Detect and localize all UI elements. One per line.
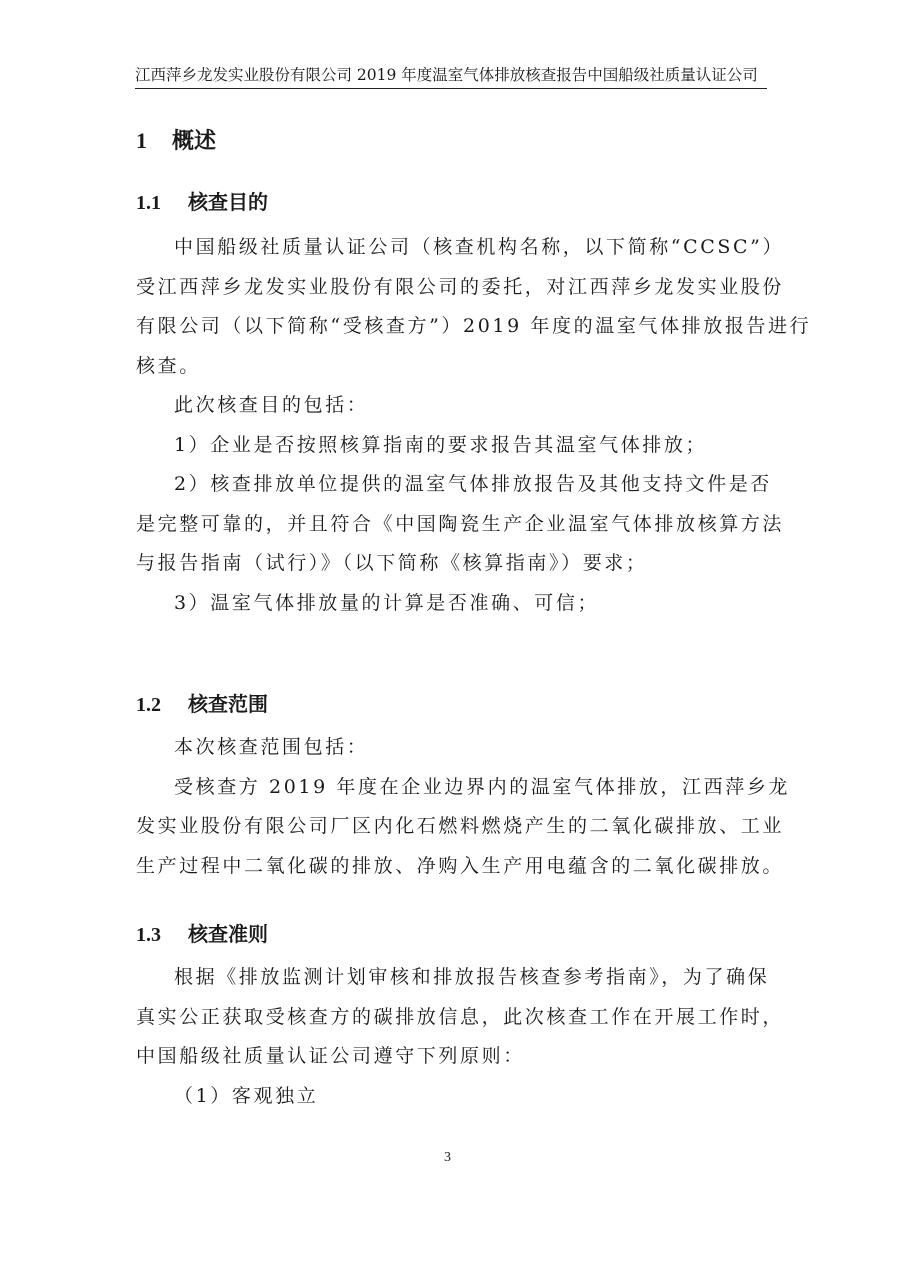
text-line: 此次核查目的包括：	[136, 386, 766, 426]
text-line: 核查。	[136, 347, 766, 387]
text-line: 中国船级社质量认证公司（核查机构名称，以下简称“CCSC”）	[136, 228, 766, 268]
section-title: 核查范围	[188, 692, 268, 716]
text-line: 有限公司（以下简称“受核查方”）2019 年度的温室气体排放报告进行	[136, 307, 766, 347]
section-title: 概述	[172, 128, 216, 154]
text-line: 受核查方 2019 年度在企业边界内的温室气体排放，江西萍乡龙	[136, 768, 766, 808]
section-number: 1.3	[136, 924, 188, 947]
text-line: 生产过程中二氧化碳的排放、净购入生产用电蕴含的二氧化碳排放。	[136, 847, 766, 887]
text-line: 受江西萍乡龙发实业股份有限公司的委托，对江西萍乡龙发实业股份	[136, 268, 766, 308]
text-line: 发实业股份有限公司厂区内化石燃料燃烧产生的二氧化碳排放、工业	[136, 807, 766, 847]
text-line: 与报告指南（试行）》（以下简称《核算指南》）要求；	[136, 544, 766, 584]
section-number: 1	[136, 128, 172, 154]
text-line: 本次核查范围包括：	[136, 728, 766, 768]
page-number: 3	[444, 1150, 451, 1166]
list-item: 3）温室气体排放量的计算是否准确、可信；	[136, 584, 766, 624]
section-number: 1.1	[136, 192, 188, 215]
section-heading-1: 1概述	[136, 124, 216, 155]
section-title: 核查准则	[188, 922, 268, 946]
section-heading-1-1: 1.1核查目的	[136, 186, 268, 215]
list-item: 2）核查排放单位提供的温室气体排放报告及其他支持文件是否	[136, 465, 766, 505]
text-line: 真实公正获取受核查方的碳排放信息，此次核查工作在开展工作时，	[136, 998, 766, 1038]
scope-paragraph: 本次核查范围包括： 受核查方 2019 年度在企业边界内的温室气体排放，江西萍乡…	[136, 728, 766, 886]
section-heading-1-2: 1.2核查范围	[136, 688, 268, 717]
text-line: 是完整可靠的，并且符合《中国陶瓷生产企业温室气体排放核算方法	[136, 505, 766, 545]
criteria-paragraph: 根据《排放监测计划审核和排放报告核查参考指南》，为了确保 真实公正获取受核查方的…	[136, 958, 766, 1116]
list-item: 1）企业是否按照核算指南的要求报告其温室气体排放；	[136, 426, 766, 466]
text-line: 根据《排放监测计划审核和排放报告核查参考指南》，为了确保	[136, 958, 766, 998]
section-title: 核查目的	[188, 190, 268, 214]
purpose-paragraph: 中国船级社质量认证公司（核查机构名称，以下简称“CCSC”） 受江西萍乡龙发实业…	[136, 228, 766, 623]
list-item: （1）客观独立	[136, 1077, 766, 1117]
running-header: 江西萍乡龙发实业股份有限公司 2019 年度温室气体排放核查报告中国船级社质量认…	[135, 64, 767, 89]
section-heading-1-3: 1.3核查准则	[136, 918, 268, 947]
section-number: 1.2	[136, 694, 188, 717]
text-line: 中国船级社质量认证公司遵守下列原则：	[136, 1037, 766, 1077]
